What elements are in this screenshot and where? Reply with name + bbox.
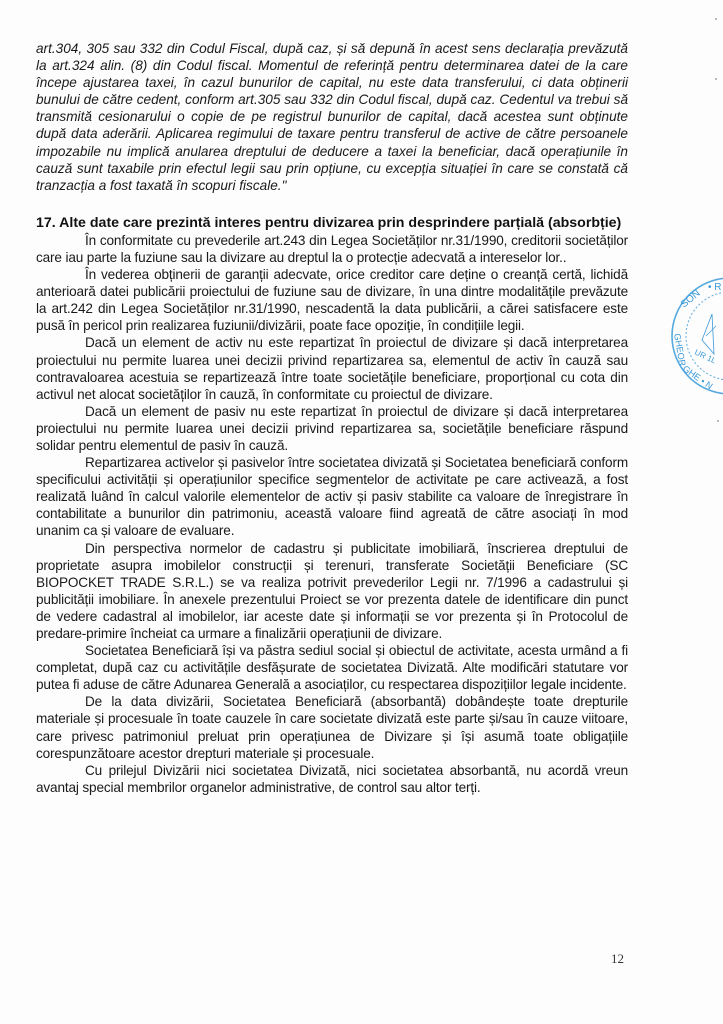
- page-content: art.304, 305 sau 332 din Codul Fiscal, d…: [36, 40, 628, 796]
- stamp-seal-icon: SON • R GHEOR GHE • N UR 1L: [668, 274, 723, 398]
- paragraph-liability-allocation: Dacă un element de pasiv nu este reparti…: [36, 403, 628, 454]
- paragraph-assets-liabilities-split: Repartizarea activelor și pasivelor într…: [36, 454, 628, 539]
- scan-artifact: [715, 18, 717, 20]
- paragraph-special-advantages: Cu prilejul Divizării nici societatea Di…: [36, 762, 628, 796]
- quoted-fiscal-code-paragraph: art.304, 305 sau 332 din Codul Fiscal, d…: [36, 40, 628, 194]
- svg-text:GHE • N: GHE • N: [681, 363, 715, 391]
- section-heading: 17. Alte date care prezintă interes pent…: [36, 215, 628, 232]
- paragraph-asset-allocation: Dacă un element de activ nu este reparti…: [36, 334, 628, 402]
- document-page: art.304, 305 sau 332 din Codul Fiscal, d…: [0, 0, 723, 1024]
- svg-text:SON: SON: [679, 288, 703, 310]
- paragraph-rights-obligations: De la data divizării, Societatea Benefic…: [36, 693, 628, 761]
- scan-artifact: [717, 420, 719, 422]
- paragraph-creditor-opposition: În vederea obținerii de garanții adecvat…: [36, 266, 628, 334]
- scan-artifact: [715, 78, 717, 80]
- paragraph-creditor-protection: În conformitate cu prevederile art.243 d…: [36, 232, 628, 266]
- svg-text:• R: • R: [708, 282, 722, 293]
- company-stamp: SON • R GHEOR GHE • N UR 1L: [668, 274, 723, 398]
- page-number: 12: [611, 951, 624, 967]
- paragraph-cadastre: Din perspectiva normelor de cadastru și …: [36, 540, 628, 643]
- svg-text:UR 1L: UR 1L: [693, 348, 718, 366]
- paragraph-registered-office: Societatea Beneficiară își va păstra sed…: [36, 642, 628, 693]
